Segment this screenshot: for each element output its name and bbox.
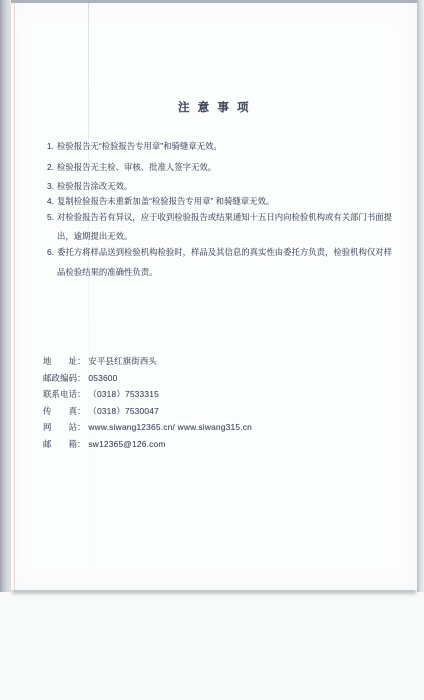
contact-label: 联系电话: [43, 386, 77, 403]
contact-label: 网站: [43, 419, 77, 436]
contact-value: 安平县红旗街西头: [85, 353, 157, 370]
contact-row-phone: 联系电话：（0318）7533315: [43, 386, 393, 403]
scanned-page-scene: 注 意 事 项 1. 检验报告无“检验报告专用章”和骑缝章无效。 2. 检验报告…: [0, 0, 424, 700]
contact-row-email: 邮箱：sw12365@126.com: [43, 436, 393, 453]
note-number: 1.: [47, 137, 57, 156]
scan-backdrop-right: [417, 0, 424, 592]
note-item-5: 5. 对检验报告若有异议，应于收到检验报告或结果通知十五日内向检验机构或有关部门…: [47, 208, 399, 246]
contact-value: www.siwang12365.cn/ www.siwang315.cn: [85, 419, 252, 436]
contact-value: （0318）7533315: [85, 386, 159, 403]
note-item-6: 6. 委托方将样品送到检验机构检验时，样品及其信息的真实性由委托方负责，检验机构…: [47, 242, 399, 282]
note-number: 2.: [47, 158, 57, 177]
contact-colon: ：: [77, 436, 85, 453]
contact-colon: ：: [77, 353, 85, 370]
contact-value: （0318）7530047: [85, 403, 159, 420]
document-page: 注 意 事 项 1. 检验报告无“检验报告专用章”和骑缝章无效。 2. 检验报告…: [11, 3, 417, 590]
contact-colon: ：: [77, 419, 85, 436]
note-number: 5.: [47, 208, 57, 227]
contact-colon: ：: [77, 403, 85, 420]
paper-fold-line: [88, 3, 89, 590]
contact-value: 053600: [85, 370, 117, 387]
note-text: 检验报告无“检验报告专用章”和骑缝章无效。: [57, 137, 395, 156]
contact-label: 邮政编码: [43, 370, 77, 387]
contact-label: 传真: [43, 403, 77, 420]
note-text: 委托方将样品送到检验机构检验时，样品及其信息的真实性由委托方负责，检验机构仅对样…: [57, 242, 395, 282]
page-title: 注 意 事 项: [11, 99, 417, 115]
contact-info-block: 地址：安平县红旗街西头 邮政编码：053600 联系电话：（0318）75333…: [43, 353, 393, 453]
contact-colon: ：: [77, 386, 85, 403]
contact-row-website: 网站：www.siwang12365.cn/ www.siwang315.cn: [43, 419, 393, 436]
note-item-1: 1. 检验报告无“检验报告专用章”和骑缝章无效。: [47, 137, 399, 156]
contact-value: sw12365@126.com: [85, 436, 165, 453]
note-item-2: 2. 检验报告无主检、审核、批准人签字无效。: [47, 158, 399, 177]
note-number: 6.: [47, 242, 57, 262]
contact-row-address: 地址：安平县红旗街西头: [43, 353, 393, 370]
paper-margin-line: [14, 3, 15, 590]
contact-colon: ：: [77, 370, 85, 387]
contact-label: 邮箱: [43, 436, 77, 453]
contact-row-postcode: 邮政编码：053600: [43, 370, 393, 387]
contact-label: 地址: [43, 353, 77, 370]
contact-row-fax: 传真：（0318）7530047: [43, 403, 393, 420]
note-text: 对检验报告若有异议，应于收到检验报告或结果通知十五日内向检验机构或有关部门书面提…: [57, 208, 395, 246]
scan-backdrop-left: [0, 0, 11, 592]
note-text: 检验报告无主检、审核、批准人签字无效。: [57, 158, 395, 177]
